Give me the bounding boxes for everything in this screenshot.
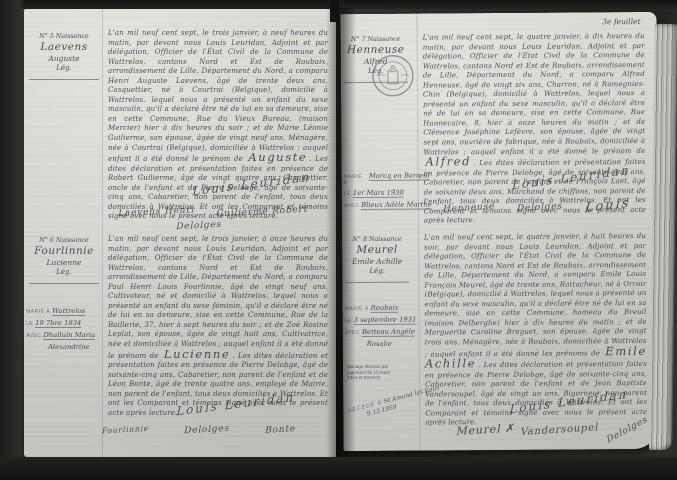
child-name: Alfred — [423, 154, 473, 168]
margin-divider-line — [416, 14, 420, 451]
record-text-pre: L'an mil neuf cent sept, le quatre janvi… — [424, 232, 647, 358]
record-number: N° 5 Naissance — [29, 33, 99, 40]
backdrop-bottom — [0, 457, 677, 480]
register-page-right: 3e feuillet N° 7 Naissance Henneuse Alfr… — [340, 12, 659, 451]
record-given-name: Lucienne — [29, 258, 99, 267]
marriage-spouse: Dhalluin Maria — [43, 331, 95, 340]
marriage-place: Wattrelos — [52, 307, 85, 316]
book-gutter-shadow — [326, 8, 356, 460]
marriage-place: Marcq en Barœul — [369, 171, 430, 180]
birth-record-8: N° 8 Naissance Meurel Emile Achille Lég.… — [340, 12, 656, 14]
signature: Delolges — [175, 220, 223, 233]
margin-divider-line — [102, 9, 103, 457]
record-number: N° 6 Naissance — [29, 237, 99, 244]
register-page-left: N° 5 Naissance Laevens Auguste Lég. L'an… — [24, 9, 336, 457]
record-text-pre: L'an mil neuf cent sept, le trois janvie… — [108, 235, 328, 360]
signature: Louis — [583, 195, 633, 216]
signature: Laevens Henri — [117, 205, 196, 219]
marriage-date: 19 7bre 1934 — [35, 319, 81, 328]
marriage-stamp-label: MARIÉ À — [26, 309, 50, 315]
birth-record-7: N° 7 Naissance Henneuse Alfred Lég. MARI… — [340, 12, 656, 14]
record-surname: Laevens — [29, 41, 99, 53]
marriage-date: 1er Mars 1930 — [353, 189, 404, 198]
divorce-stamp-line: 1944 et transcrit — [347, 375, 427, 381]
signature: Fourlinnie — [101, 424, 150, 436]
record-text-pre: L'an mil neuf cent sept, le quatre janvi… — [423, 32, 646, 156]
child-name: Lucienne — [162, 347, 232, 361]
record-filiation: Lég. — [29, 268, 99, 276]
record-margin: N° 6 Naissance Fourlinnie Lucienne Lég. — [29, 237, 99, 284]
folio-label: 3e feuillet — [602, 17, 640, 26]
signature: Bonte — [265, 424, 298, 436]
witness-signatures: Fourlinnie Delolges Bonte — [84, 425, 314, 435]
marriage-spouse-line2: Alexandrine — [48, 343, 112, 351]
signature: Henneuse — [442, 202, 496, 215]
record-filiation: Lég. — [29, 64, 99, 72]
marriage-spouse: Blieux Adèle Marthe — [361, 200, 432, 209]
marriage-spouse-label: AVEC — [26, 333, 41, 339]
record-surname: Fourlinnie — [29, 245, 99, 257]
child-name: Auguste — [246, 150, 309, 164]
official-seal-stamp-icon — [371, 54, 415, 98]
divorce-stamp: Mariage dissous par jugement du 15 mars … — [347, 364, 427, 381]
bookmark-ribbon — [330, 0, 339, 22]
signature: Delolges — [516, 201, 564, 214]
marriage-spouse-line2: Rosalie — [367, 339, 431, 347]
witness-signatures: Laevens Henri Guilierme Robert — [108, 207, 318, 217]
marriage-date-label: LE — [26, 321, 33, 327]
backdrop-left — [0, 0, 26, 480]
marriage-annotation: MARIÉ ÀRoubaix LE3 septembre 1931 AVECBe… — [345, 303, 431, 348]
signature: Meurel ✗ — [455, 421, 517, 438]
marriage-spouse: Betteau Angèle — [362, 328, 415, 337]
record-margin: N° 5 Naissance Laevens Auguste Lég. — [29, 33, 99, 80]
record-text-pre: L'an mil neuf cent sept, le trois janvie… — [108, 29, 328, 163]
record-given-name: Auguste — [29, 54, 99, 63]
witness-signatures-2: Delolges — [154, 221, 244, 231]
page-edge-stack — [649, 24, 677, 450]
register-photo: N° 5 Naissance Laevens Auguste Lég. L'an… — [0, 0, 677, 480]
margin-rule — [29, 283, 99, 284]
witness-signatures: Henneuse Delolges Louis — [432, 198, 642, 214]
signature: Vandersoupel — [520, 422, 600, 438]
marriage-place: Roubaix — [371, 304, 399, 313]
marriage-date: 3 septembre 1931 — [354, 316, 417, 325]
marriage-annotation: MARIÉ ÀWattrelos LE19 7bre 1934 AVECDhal… — [26, 307, 112, 351]
witness-signatures: Meurel ✗ Vandersoupel Delolges — [453, 422, 653, 436]
signature: Delolges — [183, 424, 231, 437]
margin-rule — [29, 79, 99, 80]
marriage-annotation: MARIÉ ÀMarcq en Barœul LE1er Mars 1930 A… — [344, 171, 430, 213]
